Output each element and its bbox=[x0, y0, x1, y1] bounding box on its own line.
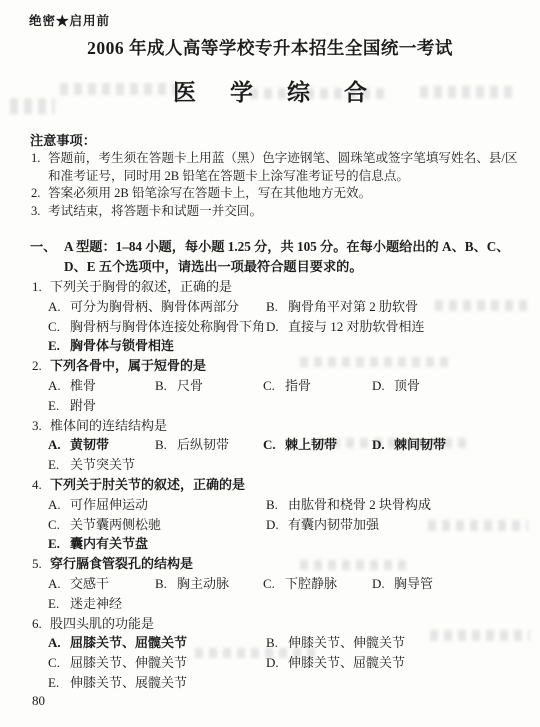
option-text: 伸膝关节、展髋关节 bbox=[70, 675, 187, 690]
option-D: D.有囊内韧带加强 bbox=[266, 515, 522, 535]
option-text: 椎骨 bbox=[70, 378, 96, 393]
question-number: 5. bbox=[32, 554, 42, 574]
option-label: A. bbox=[48, 435, 70, 455]
option-text: 后纵韧带 bbox=[177, 437, 229, 452]
question-number: 3. bbox=[32, 416, 42, 436]
option-C: C.关节囊两侧松驰 bbox=[48, 515, 266, 535]
notice-number: 2. bbox=[31, 185, 40, 203]
option-text: 伸膝关节、伸髋关节 bbox=[288, 635, 405, 650]
option-row: A.可作屈伸运动B.由肱骨和桡骨 2 块骨构成 bbox=[48, 495, 522, 515]
option-row: E.跗骨 bbox=[48, 396, 522, 416]
option-row: A.可分为胸骨柄、胸骨体两部分B.胸骨角平对第 2 肋软骨 bbox=[48, 297, 522, 317]
option-label: A. bbox=[48, 574, 70, 594]
question-6: 6.股四头肌的功能是A.屈膝关节、屈髋关节B.伸膝关节、伸髋关节C.屈膝关节、伸… bbox=[30, 614, 522, 693]
option-text: 伸膝关节、屈髋关节 bbox=[288, 655, 405, 670]
option-text: 顶骨 bbox=[394, 378, 420, 393]
question-options: A.可分为胸骨柄、胸骨体两部分B.胸骨角平对第 2 肋软骨C.胸骨柄与胸骨体连接… bbox=[30, 297, 522, 356]
notice-number: 1. bbox=[31, 150, 40, 168]
question-4: 4.下列关于肘关节的叙述，正确的是A.可作屈伸运动B.由肱骨和桡骨 2 块骨构成… bbox=[30, 475, 522, 554]
option-row: E.关节突关节 bbox=[48, 455, 522, 475]
option-label: D. bbox=[372, 574, 394, 594]
option-text: 胸骨体与锁骨相连 bbox=[70, 338, 174, 353]
question-stem: 1.下列关于胸骨的叙述，正确的是 bbox=[30, 277, 522, 297]
exam-subject-title: 医学综合 bbox=[0, 74, 540, 107]
question-stem: 3.椎体间的连结结构是 bbox=[30, 416, 522, 436]
option-E: E.迷走神经 bbox=[48, 594, 522, 614]
option-row: C.屈膝关节、伸髋关节D.伸膝关节、屈髋关节 bbox=[48, 653, 522, 673]
notice-text: 答案必须用 2B 铅笔涂写在答题卡上，写在其他地方无效。 bbox=[48, 186, 371, 200]
notice-text: 答题前，考生须在答题卡上用蓝（黑）色字迹钢笔、圆珠笔或签字笔填写姓名、县/区和准… bbox=[48, 151, 517, 183]
classification-label: 绝密★启用前 bbox=[29, 11, 110, 29]
option-C: C.屈膝关节、伸髋关节 bbox=[48, 653, 266, 673]
option-text: 胸骨角平对第 2 肋软骨 bbox=[288, 299, 418, 314]
option-label: D. bbox=[266, 515, 288, 535]
option-label: E. bbox=[48, 455, 70, 475]
option-text: 黄韧带 bbox=[70, 437, 109, 452]
option-B: B.后纵韧带 bbox=[155, 435, 263, 455]
option-row: A.交感干B.胸主动脉C.下腔静脉D.胸导管 bbox=[48, 574, 522, 594]
option-row: E.迷走神经 bbox=[48, 594, 522, 614]
option-label: E. bbox=[48, 594, 70, 614]
option-text: 胸骨柄与胸骨体连接处称胸骨下角 bbox=[70, 319, 265, 334]
option-A: A.交感干 bbox=[48, 574, 155, 594]
option-row: A.黄韧带B.后纵韧带C.棘上韧带D.棘间韧带 bbox=[48, 435, 522, 455]
option-row: A.屈膝关节、屈髋关节B.伸膝关节、伸髋关节 bbox=[48, 633, 522, 653]
questions: 1.下列关于胸骨的叙述，正确的是A.可分为胸骨柄、胸骨体两部分B.胸骨角平对第 … bbox=[30, 277, 522, 693]
section-a-header: 一、 A 型题：1–84 小题，每小题 1.25 分，共 105 分。在每小题给… bbox=[30, 237, 522, 277]
question-stem: 6.股四头肌的功能是 bbox=[30, 614, 522, 634]
option-label: D. bbox=[372, 376, 394, 396]
option-label: C. bbox=[263, 376, 285, 396]
option-C: C.下腔静脉 bbox=[263, 574, 372, 594]
option-text: 棘上韧带 bbox=[285, 437, 337, 452]
option-E: E.伸膝关节、展髋关节 bbox=[48, 673, 522, 693]
option-A: A.屈膝关节、屈髋关节 bbox=[48, 633, 266, 653]
option-text: 胸主动脉 bbox=[177, 576, 229, 591]
question-3: 3.椎体间的连结结构是A.黄韧带B.后纵韧带C.棘上韧带D.棘间韧带E.关节突关… bbox=[30, 416, 522, 475]
option-row: E.伸膝关节、展髋关节 bbox=[48, 673, 522, 693]
option-label: B. bbox=[155, 376, 177, 396]
question-stem-text: 股四头肌的功能是 bbox=[50, 616, 154, 631]
option-D: D.伸膝关节、屈髋关节 bbox=[266, 653, 522, 673]
option-text: 关节囊两侧松驰 bbox=[70, 517, 161, 532]
option-label: B. bbox=[266, 297, 288, 317]
option-D: D.直接与 12 对肋软骨相连 bbox=[266, 317, 522, 337]
option-row: C.关节囊两侧松驰D.有囊内韧带加强 bbox=[48, 515, 522, 535]
exam-content: 注意事项： 1. 答题前，考生须在答题卡上用蓝（黑）色字迹钢笔、圆珠笔或签字笔填… bbox=[30, 132, 522, 693]
option-label: C. bbox=[48, 515, 70, 535]
exam-paper-page: 绝密★启用前 2006 年成人高等学校专升本招生全国统一考试 医学综合 注意事项… bbox=[0, 0, 540, 727]
option-text: 由肱骨和桡骨 2 块骨构成 bbox=[288, 497, 431, 512]
option-E: E.跗骨 bbox=[48, 396, 522, 416]
option-B: B.胸骨角平对第 2 肋软骨 bbox=[266, 297, 522, 317]
option-row: E.囊内有关节盘 bbox=[48, 534, 522, 554]
option-text: 直接与 12 对肋软骨相连 bbox=[288, 319, 425, 334]
option-text: 屈膝关节、屈髋关节 bbox=[70, 635, 187, 650]
question-2: 2.下列各骨中，属于短骨的是A.椎骨B.尺骨C.指骨D.顶骨E.跗骨 bbox=[30, 356, 522, 415]
question-stem-text: 穿行膈食管裂孔的结构是 bbox=[50, 556, 193, 571]
option-text: 交感干 bbox=[70, 576, 109, 591]
page-number: 80 bbox=[32, 693, 45, 709]
option-label: E. bbox=[48, 396, 70, 416]
option-text: 屈膝关节、伸髋关节 bbox=[70, 655, 187, 670]
option-label: C. bbox=[263, 574, 285, 594]
question-stem: 2.下列各骨中，属于短骨的是 bbox=[30, 356, 522, 376]
option-text: 尺骨 bbox=[177, 378, 203, 393]
option-A: A.黄韧带 bbox=[48, 435, 155, 455]
question-number: 1. bbox=[32, 277, 42, 297]
option-D: D.胸导管 bbox=[372, 574, 522, 594]
option-B: B.尺骨 bbox=[155, 376, 263, 396]
option-row: C.胸骨柄与胸骨体连接处称胸骨下角D.直接与 12 对肋软骨相连 bbox=[48, 317, 522, 337]
option-E: E.胸骨体与锁骨相连 bbox=[48, 336, 522, 356]
option-label: B. bbox=[266, 633, 288, 653]
option-label: C. bbox=[48, 317, 70, 337]
option-label: B. bbox=[155, 574, 177, 594]
notice-number: 3. bbox=[31, 203, 40, 221]
option-label: D. bbox=[266, 317, 288, 337]
option-C: C.棘上韧带 bbox=[263, 435, 372, 455]
question-options: A.屈膝关节、屈髋关节B.伸膝关节、伸髋关节C.屈膝关节、伸髋关节D.伸膝关节、… bbox=[30, 633, 522, 692]
option-E: E.关节突关节 bbox=[48, 455, 522, 475]
question-options: A.可作屈伸运动B.由肱骨和桡骨 2 块骨构成C.关节囊两侧松驰D.有囊内韧带加… bbox=[30, 495, 522, 554]
notices-heading: 注意事项： bbox=[30, 132, 522, 150]
option-text: 棘间韧带 bbox=[394, 437, 446, 452]
question-number: 4. bbox=[32, 475, 42, 495]
option-label: E. bbox=[48, 534, 70, 554]
option-text: 指骨 bbox=[285, 378, 311, 393]
option-label: D. bbox=[372, 435, 394, 455]
question-stem-text: 椎体间的连结结构是 bbox=[50, 418, 167, 433]
option-B: B.伸膝关节、伸髋关节 bbox=[266, 633, 522, 653]
option-text: 胸导管 bbox=[394, 576, 433, 591]
option-label: A. bbox=[48, 297, 70, 317]
option-label: C. bbox=[263, 435, 285, 455]
notices: 注意事项： 1. 答题前，考生须在答题卡上用蓝（黑）色字迹钢笔、圆珠笔或签字笔填… bbox=[30, 132, 522, 220]
option-row: E.胸骨体与锁骨相连 bbox=[48, 336, 522, 356]
question-stem-text: 下列各骨中，属于短骨的是 bbox=[50, 358, 206, 373]
question-stem-text: 下列关于胸骨的叙述，正确的是 bbox=[50, 279, 232, 294]
exam-title: 2006 年成人高等学校专升本招生全国统一考试 bbox=[0, 35, 540, 60]
question-options: A.交感干B.胸主动脉C.下腔静脉D.胸导管E.迷走神经 bbox=[30, 574, 522, 614]
option-D: D.棘间韧带 bbox=[372, 435, 522, 455]
notice-item-3: 3. 考试结束，将答题卡和试题一并交回。 bbox=[30, 203, 522, 221]
question-5: 5.穿行膈食管裂孔的结构是A.交感干B.胸主动脉C.下腔静脉D.胸导管E.迷走神… bbox=[30, 554, 522, 613]
question-number: 6. bbox=[32, 614, 42, 634]
question-1: 1.下列关于胸骨的叙述，正确的是A.可分为胸骨柄、胸骨体两部分B.胸骨角平对第 … bbox=[30, 277, 522, 356]
option-label: E. bbox=[48, 336, 70, 356]
option-label: A. bbox=[48, 376, 70, 396]
option-A: A.可作屈伸运动 bbox=[48, 495, 266, 515]
option-text: 有囊内韧带加强 bbox=[288, 517, 379, 532]
option-label: B. bbox=[266, 495, 288, 515]
option-text: 关节突关节 bbox=[70, 457, 135, 472]
option-text: 可作屈伸运动 bbox=[70, 497, 148, 512]
option-B: B.由肱骨和桡骨 2 块骨构成 bbox=[266, 495, 522, 515]
option-C: C.指骨 bbox=[263, 376, 372, 396]
option-D: D.顶骨 bbox=[372, 376, 522, 396]
question-options: A.黄韧带B.后纵韧带C.棘上韧带D.棘间韧带E.关节突关节 bbox=[30, 435, 522, 475]
option-E: E.囊内有关节盘 bbox=[48, 534, 522, 554]
question-number: 2. bbox=[32, 356, 42, 376]
option-text: 迷走神经 bbox=[70, 596, 122, 611]
question-stem: 4.下列关于肘关节的叙述，正确的是 bbox=[30, 475, 522, 495]
option-text: 可分为胸骨柄、胸骨体两部分 bbox=[70, 299, 239, 314]
notice-item-2: 2. 答案必须用 2B 铅笔涂写在答题卡上，写在其他地方无效。 bbox=[30, 185, 522, 203]
option-A: A.可分为胸骨柄、胸骨体两部分 bbox=[48, 297, 266, 317]
option-label: B. bbox=[155, 435, 177, 455]
option-label: D. bbox=[266, 653, 288, 673]
option-label: C. bbox=[48, 653, 70, 673]
question-options: A.椎骨B.尺骨C.指骨D.顶骨E.跗骨 bbox=[30, 376, 522, 416]
section-label: 一、 bbox=[30, 237, 56, 257]
option-label: A. bbox=[48, 633, 70, 653]
notice-text: 考试结束，将答题卡和试题一并交回。 bbox=[48, 204, 262, 218]
option-B: B.胸主动脉 bbox=[155, 574, 263, 594]
option-text: 跗骨 bbox=[70, 398, 96, 413]
option-label: A. bbox=[48, 495, 70, 515]
question-stem: 5.穿行膈食管裂孔的结构是 bbox=[30, 554, 522, 574]
option-label: E. bbox=[48, 673, 70, 693]
option-text: 下腔静脉 bbox=[285, 576, 337, 591]
notice-item-1: 1. 答题前，考生须在答题卡上用蓝（黑）色字迹钢笔、圆珠笔或签字笔填写姓名、县/… bbox=[30, 150, 522, 185]
option-C: C.胸骨柄与胸骨体连接处称胸骨下角 bbox=[48, 317, 266, 337]
question-stem-text: 下列关于肘关节的叙述，正确的是 bbox=[50, 477, 245, 492]
option-row: A.椎骨B.尺骨C.指骨D.顶骨 bbox=[48, 376, 522, 396]
option-A: A.椎骨 bbox=[48, 376, 155, 396]
section-text: A 型题：1–84 小题，每小题 1.25 分，共 105 分。在每小题给出的 … bbox=[64, 239, 509, 274]
option-text: 囊内有关节盘 bbox=[70, 536, 148, 551]
